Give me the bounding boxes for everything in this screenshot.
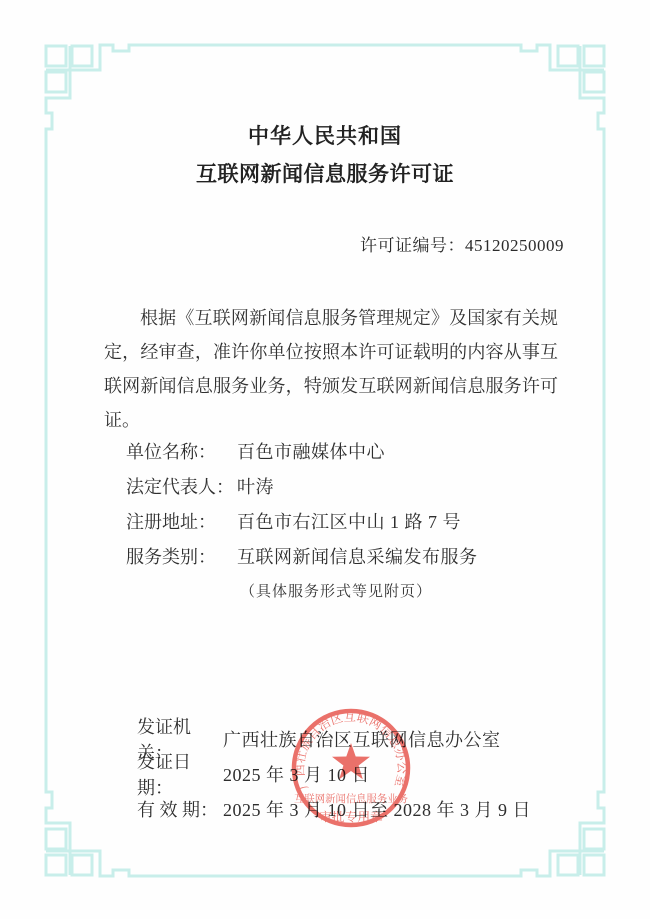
certificate-page: 中华人民共和国 互联网新闻信息服务许可证 许可证编号：45120250009 根… — [0, 0, 650, 919]
issue-label: 发证日期： — [137, 748, 223, 800]
field-label: 注册地址： — [126, 508, 237, 534]
field-row-legal-representative: 法定代表人： 叶涛 — [126, 468, 478, 503]
seal-center-line1: 互联网新闻信息服务业务 — [294, 792, 408, 805]
issue-label: 有 效 期： — [137, 796, 223, 822]
field-label: 单位名称： — [126, 438, 237, 464]
field-value: 百色市融媒体中心 — [237, 438, 385, 464]
fields-section: 单位名称： 百色市融媒体中心 法定代表人： 叶涛 注册地址： 百色市右江区中山 … — [126, 433, 478, 573]
field-label: 服务类别： — [126, 543, 237, 569]
field-value: 百色市右江区中山 1 路 7 号 — [237, 508, 461, 534]
certificate-title: 互联网新闻信息服务许可证 — [0, 158, 650, 188]
country-title: 中华人民共和国 — [0, 120, 650, 150]
license-number-label: 许可证编号： — [360, 236, 465, 255]
fields-note: （具体服务形式等见附页） — [240, 580, 432, 601]
official-seal: 广西壮族自治区互联网信息办公室 互联网新闻信息服务业务 审批专用章 — [276, 693, 426, 843]
field-value: 互联网新闻信息采编发布服务 — [237, 543, 478, 569]
license-number-line: 许可证编号：45120250009 — [360, 231, 564, 256]
license-number-value: 45120250009 — [465, 236, 564, 255]
field-row-registered-address: 注册地址： 百色市右江区中山 1 路 7 号 — [126, 503, 478, 538]
field-row-service-category: 服务类别： 互联网新闻信息采编发布服务 — [126, 538, 478, 573]
field-row-unit-name: 单位名称： 百色市融媒体中心 — [126, 433, 478, 468]
seal-star-icon — [332, 743, 370, 779]
seal-center-line2: 审批专用章 — [319, 809, 383, 824]
body-paragraph: 根据《互联网新闻信息服务管理规定》及国家有关规定，经审查，准许你单位按照本许可证… — [104, 301, 558, 437]
field-value: 叶涛 — [237, 473, 274, 499]
field-label: 法定代表人： — [126, 473, 237, 499]
